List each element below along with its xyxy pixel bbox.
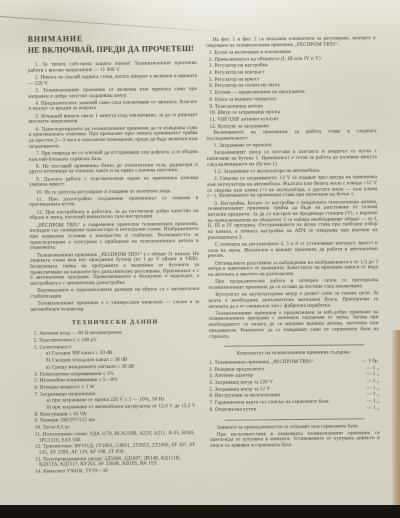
left-column: ВНИМАНИЕ НЕ ВКЛЮЧВАЙ, ПРЕДИ ДА ПРОЧЕТЕШ!…: [28, 32, 202, 477]
closing-paragraph: При несъответствия в опаковката телевизи…: [210, 431, 380, 450]
operating-paragraph: При продължителна работа в затворен сало…: [208, 278, 378, 291]
operating-paragraph: 3. Настройка. Когато се настройва с повд…: [207, 200, 377, 242]
operating-paragraphs: Включването на приемника за работа става…: [207, 129, 379, 340]
warning-paragraph: Телевизионният приемник „РЕСПРОМ ТВ91“ е…: [30, 252, 199, 288]
operating-paragraph: Оптималното разстояние за наблюдение на …: [208, 260, 378, 279]
tech-data-item: 14. Кинескоп УЧ41В, ТУ19—39: [32, 468, 201, 475]
closing-paragraphs: Заявките за принадлежности се отправят к…: [210, 424, 380, 450]
tech-data-item: 11. Използувани схеми: УДА 1170, ВСА310В…: [32, 431, 201, 444]
warning-paragraph: 10. Не се допуска регулиране и отваряне …: [29, 189, 198, 196]
page-right-edge: [391, 330, 400, 505]
warning-paragraph: „РЕСПРОМ ТВ91“ е съвременен преносим тел…: [30, 222, 199, 252]
kit-heading: Комплектът на телевизионния приемник съд…: [209, 350, 379, 357]
controls-intro: На фиг. 1 и фиг. 2 са показани елементит…: [206, 36, 376, 49]
operating-paragraph: Куплунгът на акумулаторния шнур е развит…: [208, 291, 378, 310]
operating-paragraph: Телевизионният приемник е предназначен з…: [209, 310, 379, 340]
closing-paragraph: Заявките за принадлежности се отправят к…: [210, 424, 380, 431]
warning-paragraph: Телевизионният приемник е с универсален …: [30, 300, 199, 313]
kit-item-qty: — 1 „: [361, 372, 379, 378]
kit-list: 1. Телевизионен приемник „РЕСПРОМ ТВ91“—…: [209, 359, 380, 413]
controls-list: 1. Бутон за включване и изключване2. Пре…: [206, 49, 377, 130]
divider-bottom: [225, 418, 364, 420]
warning-title-line2: НЕ ВКЛЮЧВАЙ, ПРЕДИ ДА ПРОЧЕТЕШ!: [28, 43, 197, 56]
kit-item-label: 8. Опаковъчна кутия: [210, 406, 362, 413]
right-column: На фиг. 1 и фиг. 2 са показани елементит…: [206, 36, 380, 451]
operating-paragraph: С помощта на регулаторите 4, 5 и 6 се ус…: [208, 241, 378, 260]
warning-paragraph: 11. При дълготрайно съхранение приемникъ…: [29, 196, 198, 209]
warning-paragraph: 5. Изчаквай винаги около 1 минута след и…: [28, 113, 197, 126]
kit-item-qty: — 1 „: [361, 393, 379, 399]
warning-paragraph: 2. Никога не сваляй задната стена, когат…: [28, 74, 197, 87]
warning-paragraph: 6. Транспортирането на телевизионния при…: [29, 126, 198, 151]
warning-paragraph: 4. Предпазителите заменяй само след изкл…: [28, 100, 197, 113]
kit-item-qty: — 1 „: [361, 386, 379, 392]
warning-paragraph: 3. Телевизионният приемник се включва къ…: [28, 87, 197, 100]
warning-paragraphs: 1. За твоята собствена защита помни! Тел…: [28, 61, 200, 313]
operating-paragraph: 1.2. Захранване от акумулатора на автомо…: [207, 168, 377, 175]
warning-paragraph: 7. При повреда не се опитвай да отстраня…: [29, 150, 198, 163]
tech-data-heading: ТЕХНИЧЕСКИ ДАННИ: [31, 320, 200, 327]
operating-paragraph: 1. Захранване от мрежата.: [207, 142, 377, 149]
scan-bottom-edge: [0, 505, 400, 518]
divider-top: [224, 345, 363, 347]
warning-paragraph: 1. За твоята собствена защита помни! Тел…: [28, 61, 197, 74]
kit-item-qty: — 1 „: [361, 366, 379, 372]
warning-paragraph: 8. Не поставяй приемника близо до отопли…: [29, 163, 198, 176]
operating-paragraph: Включването на приемника за работа става…: [207, 129, 377, 142]
kit-item-qty: — 1 „: [361, 379, 379, 385]
scanned-page: ВНИМАНИЕ НЕ ВКЛЮЧВАЙ, ПРЕДИ ДА ПРОЧЕТЕШ!…: [0, 0, 400, 518]
kit-item: 8. Опаковъчна кутия— 1 „: [210, 406, 380, 413]
tech-data-item: 12. Транзистори: ВУ101Д, 2У1063, 2.8051,…: [32, 443, 201, 456]
tech-data-item: 13. Полупроводникови диоди: 2Д5606, 2Д56…: [32, 456, 201, 469]
warning-title: ВНИМАНИЕ НЕ ВКЛЮЧВАЙ, ПРЕДИ ДА ПРОЧЕТЕШ!: [28, 32, 197, 56]
operating-paragraph: 2. Свързва се захранването: 12 V се пода…: [207, 175, 377, 200]
operating-paragraph: Захранващият шнур се поставя в контакта …: [207, 150, 377, 169]
kit-item-qty: — 1 „: [362, 406, 380, 412]
warning-paragraph: 9. Дългата работа с чувствителния екран …: [29, 176, 198, 189]
kit-item-qty: — 1 „: [361, 399, 379, 405]
warning-paragraph: 12. При настройката и работата, за да по…: [29, 209, 198, 222]
warning-paragraph: Вертикалните и хоризонталните размери на…: [30, 287, 199, 300]
kit-item-qty: — 1 бр.: [357, 359, 379, 365]
page-content: ВНИМАНИЕ НЕ ВКЛЮЧВАЙ, ПРЕДИ ДА ПРОЧЕТЕШ!…: [0, 0, 400, 518]
tech-data-list: 1. Антенен вход — 60 Ω несиметричен2. Чу…: [31, 330, 201, 475]
